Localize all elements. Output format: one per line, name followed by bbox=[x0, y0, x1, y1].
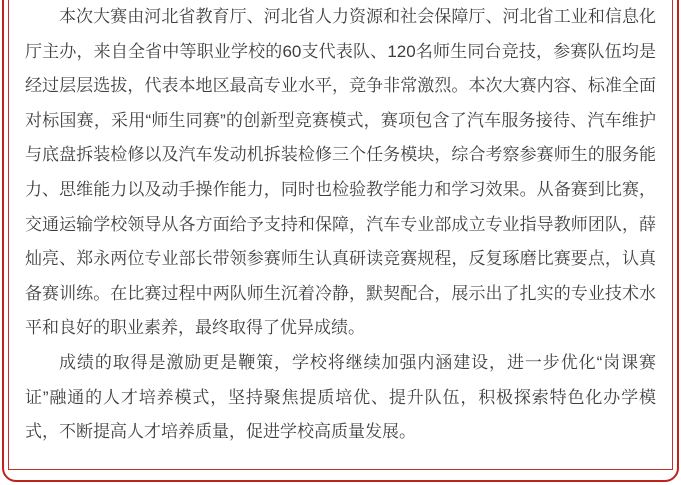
article-paragraph-1: 本次大赛由河北省教育厅、河北省人力资源和社会保障厅、河北省工业和信息化厅主办，来… bbox=[25, 0, 656, 346]
article-page: 本次大赛由河北省教育厅、河北省人力资源和社会保障厅、河北省工业和信息化厅主办，来… bbox=[0, 0, 681, 485]
article-paragraph-2: 成绩的取得是激励更是鞭策，学校将继续加强内涵建设，进一步优化“岗课赛证”融通的人… bbox=[25, 346, 656, 450]
article-body: 本次大赛由河北省教育厅、河北省人力资源和社会保障厅、河北省工业和信息化厅主办，来… bbox=[25, 0, 656, 450]
